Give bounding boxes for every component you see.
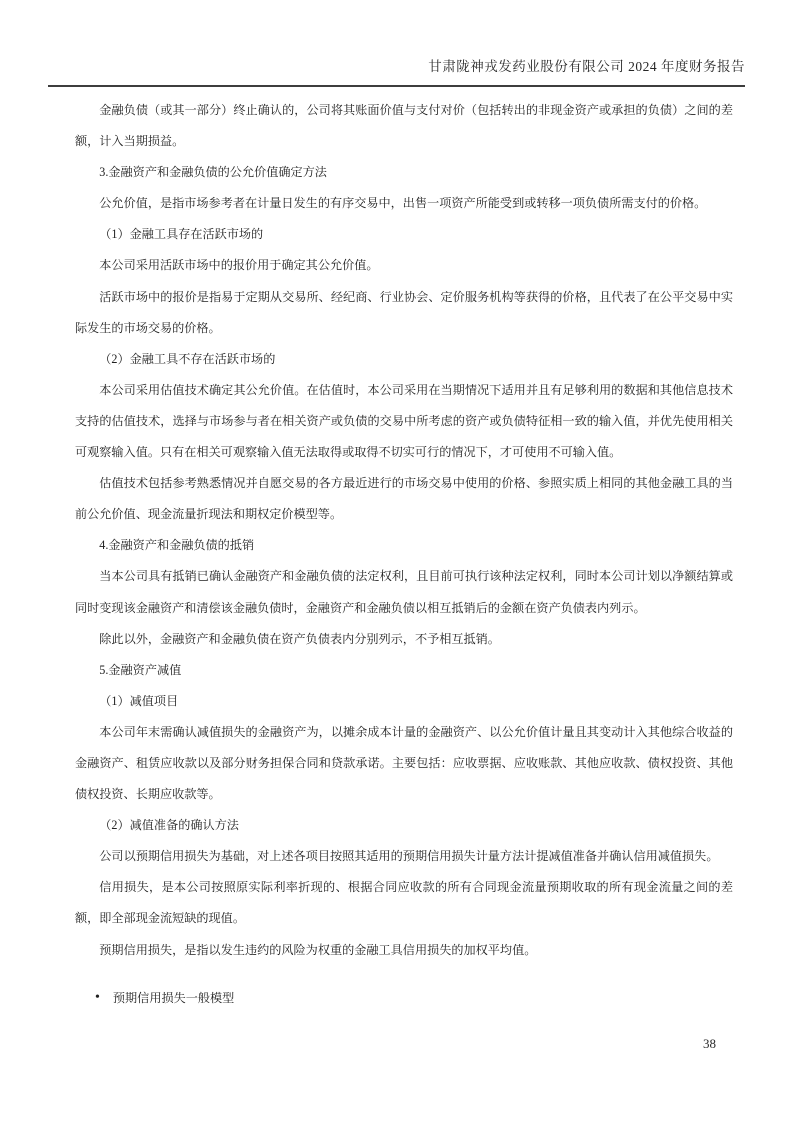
report-page: 甘肃陇神戎发药业股份有限公司 2024 年度财务报告 金融负债（或其一部分）终止… [0,0,793,1122]
paragraph: （1）金融工具存在活跃市场的 [75,219,733,250]
paragraph: 4.金融资产和金融负债的抵销 [75,530,733,561]
paragraph: 估值技术包括参考熟悉情况并自愿交易的各方最近进行的市场交易中使用的价格、参照实质… [75,468,733,530]
paragraph: 除此以外，金融资产和金融负债在资产负债表内分别列示，不予相互抵销。 [75,624,733,655]
page-header-title: 甘肃陇神戎发药业股份有限公司 2024 年度财务报告 [428,55,745,75]
paragraph: （2）减值准备的确认方法 [75,810,733,841]
paragraph: 3.金融资产和金融负债的公允价值确定方法 [75,157,733,188]
paragraph: （2）金融工具不存在活跃市场的 [75,344,733,375]
document-body: 金融负债（或其一部分）终止确认的，公司将其账面价值与支付对价（包括转出的非现金资… [75,95,733,1014]
paragraph: （1）减值项目 [75,686,733,717]
paragraph: 预期信用损失，是指以发生违约的风险为权重的金融工具信用损失的加权平均值。 [75,935,733,966]
paragraph: 本公司采用活跃市场中的报价用于确定其公允价值。 [75,250,733,281]
page-number: 38 [703,1036,716,1052]
bullet-icon: • [95,982,100,1013]
paragraph: 本公司年末需确认减值损失的金融资产为，以摊余成本计量的金融资产、以公允价值计量且… [75,717,733,810]
bullet-text: 预期信用损失一般模型 [113,991,234,1005]
header-rule [48,85,745,87]
paragraph: 活跃市场中的报价是指易于定期从交易所、经纪商、行业协会、定价服务机构等获得的价格… [75,282,733,344]
paragraph: 当本公司具有抵销已确认金融资产和金融负债的法定权利，且目前可执行该种法定权利，同… [75,561,733,623]
paragraph: 5.金融资产减值 [75,655,733,686]
paragraph: 本公司采用估值技术确定其公允价值。在估值时，本公司采用在当期情况下适用并且有足够… [75,375,733,468]
paragraph: 公允价值，是指市场参考者在计量日发生的有序交易中，出售一项资产所能受到或转移一项… [75,188,733,219]
bullet-item: •预期信用损失一般模型 [75,983,733,1014]
paragraph: 公司以预期信用损失为基础，对上述各项目按照其适用的预期信用损失计量方法计提减值准… [75,841,733,872]
paragraph: 信用损失，是本公司按照原实际利率折现的、根据合同应收款的所有合同现金流量预期收取… [75,872,733,934]
paragraph: 金融负债（或其一部分）终止确认的，公司将其账面价值与支付对价（包括转出的非现金资… [75,95,733,157]
